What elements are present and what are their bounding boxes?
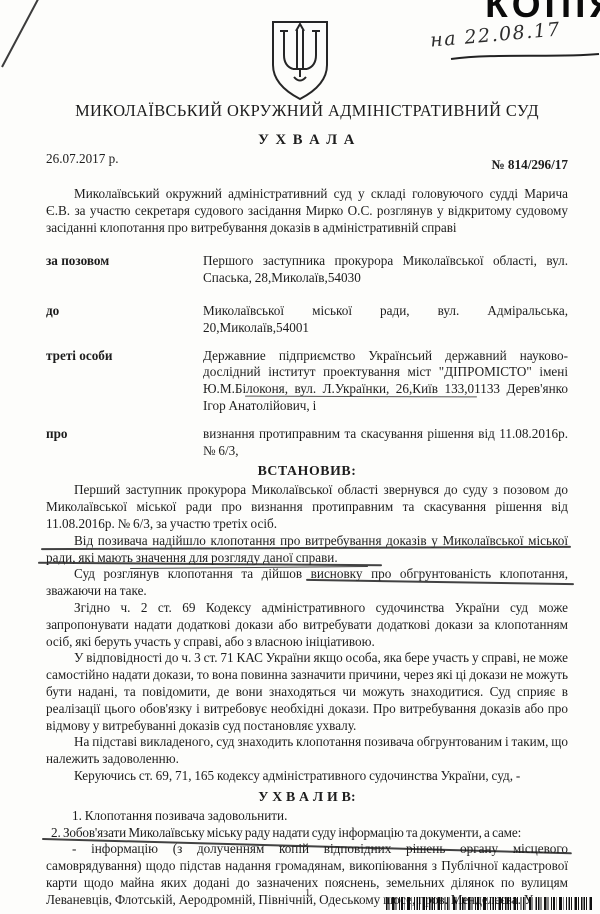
- party-label: треті особи: [46, 348, 203, 415]
- case-number: № 814/296/17: [491, 157, 568, 173]
- underlined-resolution-item: 2. Зобов'язати Миколаївську міську раду …: [46, 825, 568, 842]
- party-value: Миколаївської міської ради, вул. Адмірал…: [203, 303, 568, 337]
- party-row-defendant: до Миколаївської міської ради, вул. Адмі…: [46, 303, 568, 337]
- body-paragraph: Згідно ч. 2 ст. 69 Кодексу адміністратив…: [46, 600, 568, 650]
- body-paragraph: Керуючись ст. 69, 71, 165 кодексу адміні…: [46, 768, 568, 785]
- party-value: Державние підприємство Українсьий держав…: [203, 348, 568, 415]
- court-name: МИКОЛАЇВСЬКИЙ ОКРУЖНИЙ АДМІНІСТРАТИВНИЙ …: [46, 101, 568, 121]
- body-paragraph: На підставі викладеного, суд знаходить к…: [46, 734, 568, 768]
- party-label: до: [46, 303, 203, 337]
- document-title: У Х В А Л А: [46, 132, 568, 149]
- pen-corner-mark: [1, 0, 43, 67]
- underlined-paragraph-conclusion: Суд розглянув клопотання та дійшов висно…: [46, 566, 568, 600]
- party-row-subject: про визнання протиправним та скасування …: [46, 426, 568, 460]
- document-meta-row: 26.07.2017 р. № 814/296/17: [46, 151, 568, 173]
- party-label: про: [46, 426, 203, 460]
- scanned-court-document: КОПІЯ на 22.08.17 МИКОЛАЇВСЬКИЙ ОКРУЖНИЙ…: [0, 0, 600, 914]
- page-number: 1: [305, 888, 310, 899]
- body-paragraph: Перший заступник прокурора Миколаївської…: [46, 482, 568, 532]
- party-row-third-parties: треті особи Державние підприємство Украї…: [46, 348, 568, 415]
- party-value: Першого заступника прокурора Миколаївськ…: [203, 253, 568, 287]
- party-label: за позовом: [46, 253, 203, 287]
- resolution-item: 2. Зобов'язати Миколаївську міську раду …: [46, 825, 568, 842]
- decision-date: 26.07.2017 р.: [46, 151, 119, 167]
- intro-paragraph: Миколаївський окружний адміністративний …: [46, 186, 568, 236]
- resolved-heading: У Х В А Л И В:: [46, 789, 568, 805]
- parties-section: за позовом Першого заступника прокурора …: [46, 253, 568, 459]
- established-heading: ВСТАНОВИВ:: [46, 463, 568, 479]
- body-paragraph: У відповідності до ч. 3 ст. 71 КАС Украї…: [46, 650, 568, 734]
- document-barcode: [386, 897, 592, 910]
- underlined-paragraph-motion: Від позивача надійшло клопотання про вит…: [46, 533, 568, 567]
- resolution-item: 1. Клопотання позивача задовольнити.: [46, 808, 568, 825]
- party-value: визнання протиправним та скасування ріше…: [203, 426, 568, 460]
- party-row-plaintiff: за позовом Першого заступника прокурора …: [46, 253, 568, 287]
